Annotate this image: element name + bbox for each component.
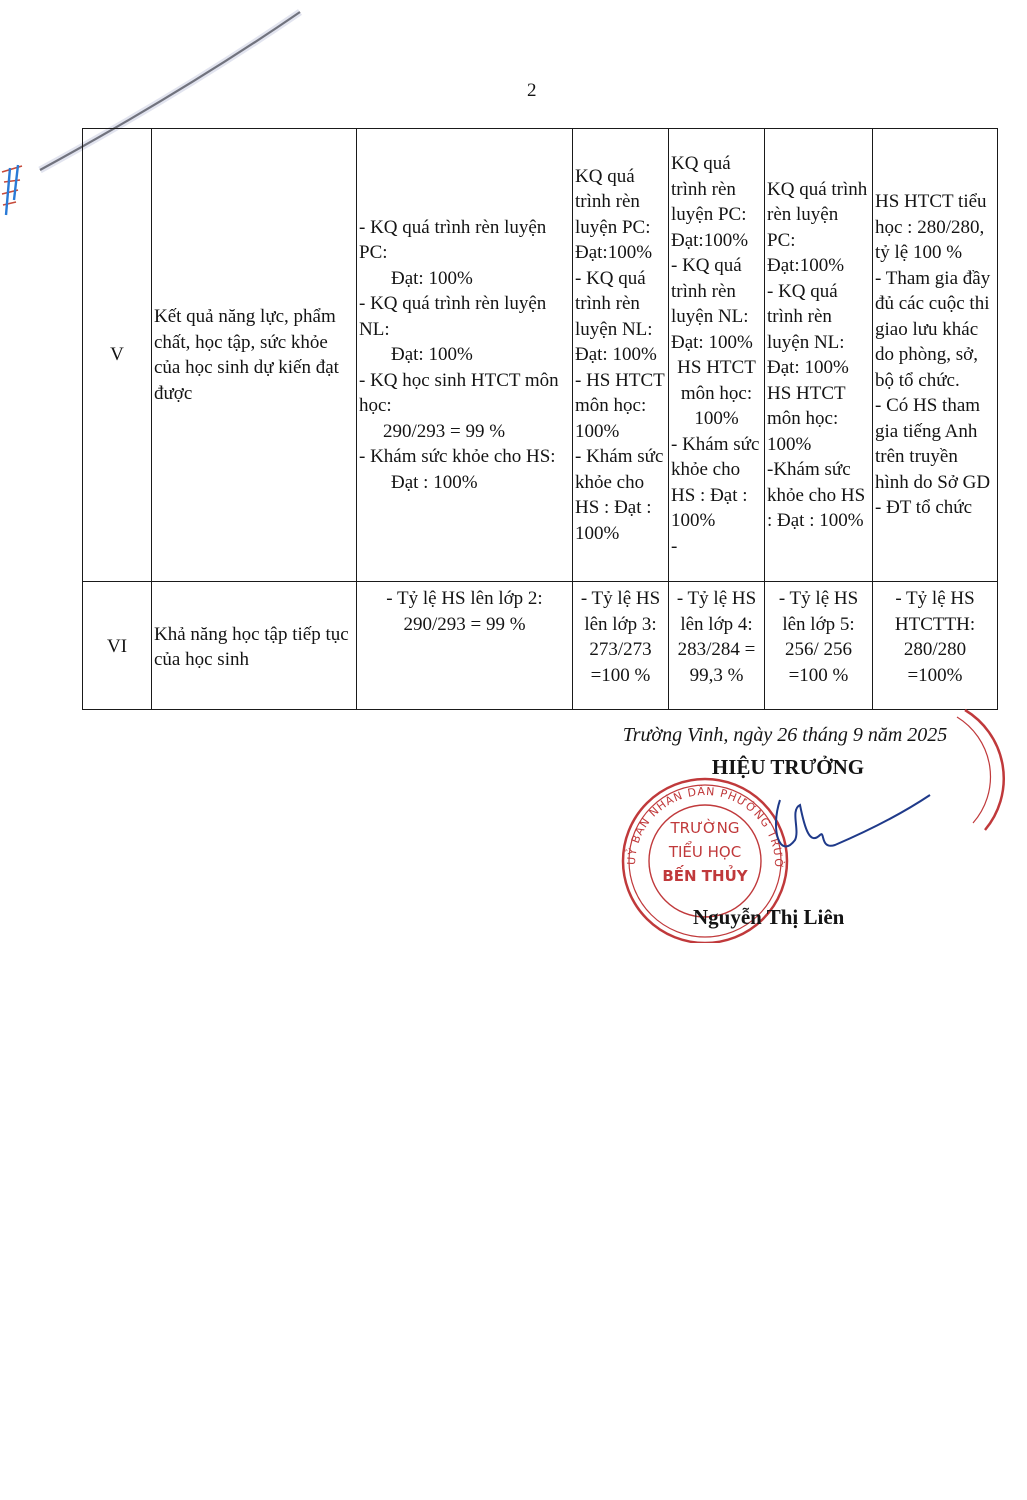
grade5-cell: HS HTCT tiểu học : 280/280, tỷ lệ 100 % …: [873, 129, 998, 582]
svg-text:TRƯỜNG: TRƯỜNG: [670, 818, 740, 837]
row-number: V: [83, 129, 152, 582]
row-number: VI: [83, 582, 152, 710]
signature-block: Trường Vinh, ngày 26 tháng 9 năm 2025 HI…: [590, 724, 990, 780]
criterion-cell: Khả năng học tập tiếp tục của học sinh: [152, 582, 357, 710]
grade4-cell: - Tỷ lệ HS lên lớp 5: 256/ 256 =100 %: [765, 582, 873, 710]
place-date: Trường Vinh, ngày 26 tháng 9 năm 2025: [580, 724, 990, 747]
grade1-cell: - KQ quá trình rèn luyện PC: Đạt: 100% -…: [357, 129, 573, 582]
svg-text:TIỂU HỌC: TIỂU HỌC: [668, 840, 741, 861]
grade5-cell: - Tỷ lệ HS HTCTTH: 280/280 =100%: [873, 582, 998, 710]
page-number: 2: [527, 80, 537, 102]
grade3-cell: - Tỷ lệ HS lên lớp 4: 283/284 = 99,3 %: [669, 582, 765, 710]
grade3-cell: KQ quá trình rèn luyện PC: Đạt:100% - KQ…: [669, 129, 765, 582]
grade2-cell: - Tỷ lệ HS lên lớp 3: 273/273 =100 %: [573, 582, 669, 710]
signer-name: Nguyễn Thị Liên: [693, 905, 844, 930]
table-row: VI Khả năng học tập tiếp tục của học sin…: [83, 582, 998, 710]
signature-mark: [760, 790, 940, 870]
grade1-cell: - Tỷ lệ HS lên lớp 2: 290/293 = 99 %: [357, 582, 573, 710]
criterion-cell: Kết quả năng lực, phẩm chất, học tập, sứ…: [152, 129, 357, 582]
svg-text:BẾN THỦY: BẾN THỦY: [662, 864, 748, 885]
grade4-cell: KQ quá trình rèn luyện PC: Đạt:100% - KQ…: [765, 129, 873, 582]
grade2-cell: KQ quá trình rèn luyện PC: Đạt:100% - KQ…: [573, 129, 669, 582]
partial-stamp-icon: [945, 705, 1027, 835]
results-table: V Kết quả năng lực, phẩm chất, học tập, …: [82, 128, 998, 710]
table-row: V Kết quả năng lực, phẩm chất, học tập, …: [83, 129, 998, 582]
